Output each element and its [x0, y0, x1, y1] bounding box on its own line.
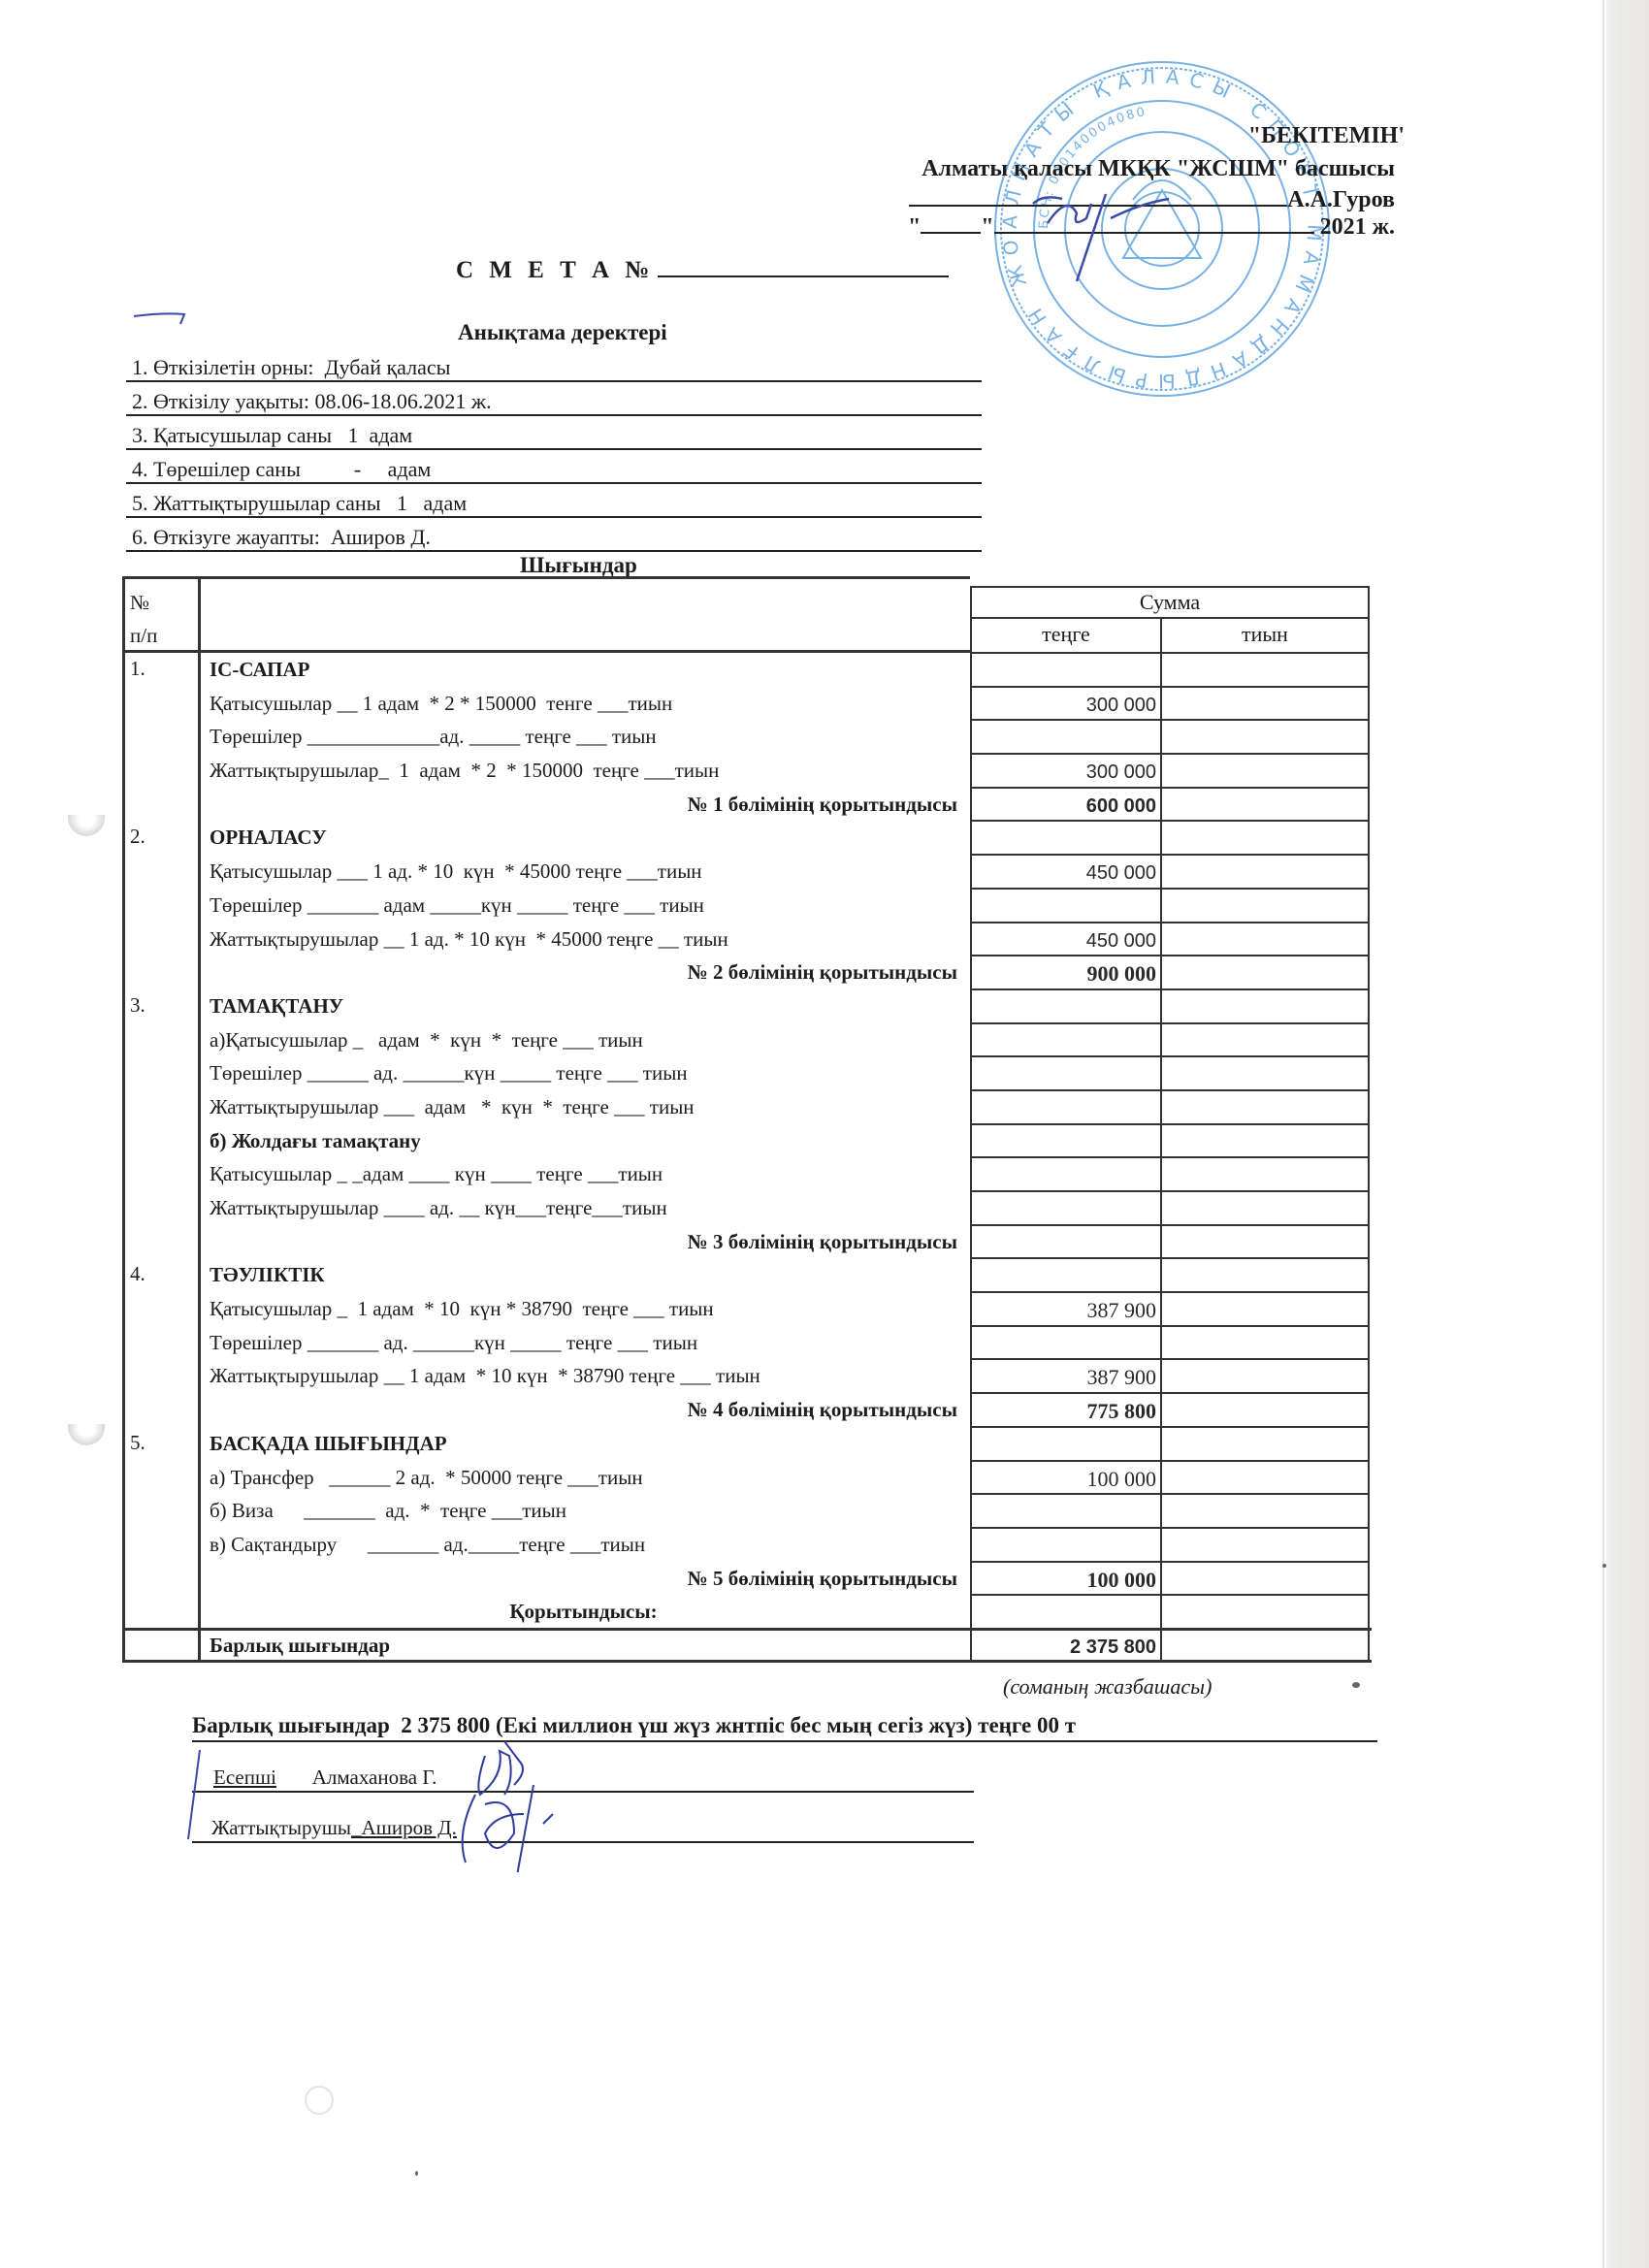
tiyn-amount	[1160, 1055, 1370, 1089]
ink-speck	[415, 2171, 418, 2176]
section-subtotal-label: № 1 бөлімінің қорытындысы	[198, 787, 969, 821]
tenge-amount	[970, 1224, 1160, 1258]
pen-stroke-icon	[184, 1746, 204, 1843]
table-row: № 3 бөлімінің қорытындысы	[122, 1224, 1374, 1258]
punch-hole	[68, 1424, 105, 1445]
expenses-table: № п/п Сумма теңге тиын 1.ІС-САПАРҚатысуш…	[122, 586, 1374, 1662]
tenge-amount	[970, 1123, 1160, 1157]
tenge-amount: 450 000	[970, 854, 1160, 888]
row-description: Қорытындысы:	[198, 1594, 969, 1628]
tiyn-amount	[1160, 787, 1370, 821]
row-number	[122, 1358, 198, 1392]
table-row: 2.ОРНАЛАСУ	[122, 820, 1374, 854]
row-number: 5.	[122, 1426, 198, 1460]
row-description: Жаттықтырушылар_ 1 адам * 2 * 150000 тең…	[198, 753, 969, 787]
row-number	[122, 1123, 198, 1157]
tenge-amount: 450 000	[970, 922, 1160, 956]
grand-total-tenge: 2 375 800	[970, 1628, 1160, 1662]
table-row: а) Трансфер ______ 2 ад. * 50000 теңге _…	[122, 1460, 1374, 1494]
tenge-amount	[970, 820, 1160, 854]
tiyn-amount	[1160, 1426, 1370, 1460]
tiyn-amount	[1160, 1190, 1370, 1224]
tenge-amount	[970, 1527, 1160, 1561]
quote-close: "	[981, 214, 993, 240]
tiyn-amount	[1160, 1561, 1370, 1595]
row-number	[122, 787, 198, 821]
row-description: ТӘУЛІКТІК	[198, 1257, 969, 1291]
section-subtotal-label: № 2 бөлімінің қорытындысы	[198, 955, 969, 988]
quote-open: "	[908, 214, 921, 240]
tiyn-amount	[1160, 719, 1370, 753]
grand-total-row: Барлық шығындар 2 375 800	[122, 1628, 1374, 1662]
tenge-amount	[970, 1426, 1160, 1460]
table-row: 1.ІС-САПАР	[122, 652, 1374, 686]
row-number	[122, 719, 198, 753]
row-number	[122, 854, 198, 888]
day-blank	[921, 211, 981, 234]
tenge-amount	[970, 1190, 1160, 1224]
reference-list: 1. Өткізілетін орны: Дубай қаласы 2. Өтк…	[126, 351, 982, 555]
tenge-amount: 100 000	[970, 1460, 1160, 1494]
tenge-amount: 600 000	[970, 787, 1160, 821]
row-number	[122, 1392, 198, 1426]
tiyn-amount	[1160, 1291, 1370, 1325]
tiyn-amount	[1160, 1257, 1370, 1291]
table-border-left	[122, 576, 125, 1662]
pen-mark-icon	[132, 308, 200, 328]
reference-item: 4. Төрешілер саны - адам	[126, 453, 982, 484]
signature-name: Алмаханова Г.	[312, 1766, 437, 1789]
header-num-line1: №	[130, 586, 198, 619]
table-row: 4.ТӘУЛІКТІК	[122, 1257, 1374, 1291]
table-row: б) Жолдағы тамақтану	[122, 1123, 1374, 1157]
tenge-amount: 300 000	[970, 753, 1160, 787]
table-row: б) Виза _______ ад. * теңге ___тиын	[122, 1493, 1374, 1527]
row-number	[122, 686, 198, 720]
tiyn-amount	[1160, 854, 1370, 888]
tenge-amount	[970, 1257, 1160, 1291]
tenge-amount: 775 800	[970, 1392, 1160, 1426]
reference-item: 2. Өткізілу уақыты: 08.06-18.06.2021 ж.	[126, 385, 982, 416]
table-row: Қатысушылар _ _адам ____ күн ____ теңге …	[122, 1156, 1374, 1190]
row-description: Төрешілер ______ ад. ______күн _____ тең…	[198, 1055, 969, 1089]
row-number	[122, 1156, 198, 1190]
tiyn-amount	[1160, 955, 1370, 988]
table-row: в) Сақтандыру _______ ад._____теңге ___т…	[122, 1527, 1374, 1561]
row-number	[122, 1190, 198, 1224]
reference-item: 1. Өткізілетін орны: Дубай қаласы	[126, 351, 982, 382]
table-row: № 1 бөлімінің қорытындысы600 000	[122, 787, 1374, 821]
header-num: № п/п	[122, 586, 198, 652]
tiyn-amount	[1160, 1594, 1370, 1628]
row-description: Жаттықтырушылар ____ ад. __ күн___теңге_…	[198, 1190, 969, 1224]
row-description: ОРНАЛАСУ	[198, 820, 969, 854]
tiyn-amount	[1160, 1224, 1370, 1258]
table-row: Жаттықтырушылар ____ ад. __ күн___теңге_…	[122, 1190, 1374, 1224]
table-border-grand	[122, 1628, 1372, 1631]
ink-speck	[1602, 1564, 1606, 1568]
row-number: 3.	[122, 988, 198, 1022]
row-number	[122, 888, 198, 922]
table-row: Жаттықтырушылар __ 1 адам * 10 күн * 387…	[122, 1358, 1374, 1392]
row-description: Қатысушылар __ 1 адам * 2 * 150000 тенге…	[198, 686, 969, 720]
number-blank	[658, 250, 949, 277]
row-description: ІС-САПАР	[198, 652, 969, 686]
tiyn-amount	[1160, 888, 1370, 922]
ink-speck	[1352, 1682, 1360, 1688]
table-row: Төрешілер ______ ад. ______күн _____ тең…	[122, 1055, 1374, 1089]
tiyn-amount	[1160, 922, 1370, 956]
row-number: 2.	[122, 820, 198, 854]
header-num-line2: п/п	[130, 619, 198, 652]
row-number	[122, 1325, 198, 1359]
tenge-amount	[970, 1055, 1160, 1089]
reference-item: 6. Өткізуге жауапты: Аширов Д.	[126, 521, 982, 552]
tenge-amount	[970, 1156, 1160, 1190]
title-text: С М Е Т А №	[456, 257, 654, 283]
row-number	[122, 1594, 198, 1628]
approver-name: А.А.Гуров	[1287, 187, 1395, 212]
row-number	[122, 922, 198, 956]
row-description: а) Трансфер ______ 2 ад. * 50000 теңге _…	[198, 1460, 969, 1494]
row-number	[122, 1055, 198, 1089]
tenge-amount	[970, 888, 1160, 922]
row-number: 1.	[122, 652, 198, 686]
tenge-amount	[970, 1022, 1160, 1056]
approval-year: 2021 ж.	[1320, 214, 1395, 240]
tenge-amount: 387 900	[970, 1358, 1160, 1392]
expenses-heading: Шығындар	[520, 553, 637, 578]
tenge-amount	[970, 652, 1160, 686]
table-row: № 4 бөлімінің қорытындысы775 800	[122, 1392, 1374, 1426]
tenge-amount	[970, 1594, 1160, 1628]
tiyn-amount	[1160, 686, 1370, 720]
table-row: Қатысушылар ___ 1 ад. * 10 күн * 45000 т…	[122, 854, 1374, 888]
tiyn-amount	[1160, 1392, 1370, 1426]
tiyn-amount	[1160, 1325, 1370, 1359]
accountant-signature-icon	[446, 1727, 592, 1872]
tiyn-amount	[1160, 1156, 1370, 1190]
tenge-amount: 900 000	[970, 955, 1160, 988]
row-description: Төрешілер _______ адам _____күн _____ те…	[198, 888, 969, 922]
row-number	[122, 955, 198, 988]
tiyn-amount	[1160, 753, 1370, 787]
scan-edge-strip	[1606, 0, 1649, 2268]
tiyn-amount	[1160, 1089, 1370, 1123]
tenge-amount: 300 000	[970, 686, 1160, 720]
row-description: Қатысушылар ___ 1 ад. * 10 күн * 45000 т…	[198, 854, 969, 888]
row-number	[122, 753, 198, 787]
signature-name-text: Аширов Д.	[362, 1816, 457, 1839]
tenge-amount	[970, 1325, 1160, 1359]
scan-artifact	[305, 2086, 334, 2115]
table-row: Жаттықтырушылар __ 1 ад. * 10 күн * 4500…	[122, 922, 1374, 956]
row-number	[122, 1291, 198, 1325]
table-row: Қатысушылар _ 1 адам * 10 күн * 38790 те…	[122, 1291, 1374, 1325]
reference-item: 5. Жаттықтырушылар саны 1 адам	[126, 487, 982, 518]
row-description: Жаттықтырушылар ___ адам * күн * теңге _…	[198, 1089, 969, 1123]
signature-name: _Аширов Д.	[351, 1816, 457, 1839]
header-tiyn: тиын	[1160, 617, 1370, 652]
row-description: Қатысушылар _ _адам ____ күн ____ теңге …	[198, 1156, 969, 1190]
signature-role: Есепші	[213, 1766, 276, 1789]
table-border-bottom	[122, 1660, 1372, 1663]
tenge-amount	[970, 988, 1160, 1022]
row-number	[122, 1493, 198, 1527]
tiyn-amount	[1160, 1022, 1370, 1056]
row-number	[122, 1089, 198, 1123]
table-border-header	[122, 650, 970, 653]
row-description: Жаттықтырушылар __ 1 адам * 10 күн * 387…	[198, 1358, 969, 1392]
tenge-amount: 100 000	[970, 1561, 1160, 1595]
tenge-amount	[970, 1493, 1160, 1527]
tiyn-amount	[1160, 1460, 1370, 1494]
tiyn-amount	[1160, 1358, 1370, 1392]
tenge-amount: 387 900	[970, 1291, 1160, 1325]
tiyn-amount	[1160, 1123, 1370, 1157]
tenge-amount	[970, 1089, 1160, 1123]
total-in-words: Барлық шығындар 2 375 800 (Екі миллион ү…	[192, 1711, 1377, 1742]
table-row: 5.БАСҚАДА ШЫҒЫНДАР	[122, 1426, 1374, 1460]
table-row: Қорытындысы:	[122, 1594, 1374, 1628]
row-number	[122, 1561, 198, 1595]
header-sum: Сумма	[970, 586, 1370, 619]
table-row: Төрешілер _____________ад. _____ теңге _…	[122, 719, 1374, 753]
row-description: Төрешілер _______ ад. ______күн _____ те…	[198, 1325, 969, 1359]
table-row: № 5 бөлімінің қорытындысы100 000	[122, 1561, 1374, 1595]
row-description: Қатысушылар _ 1 адам * 10 күн * 38790 те…	[198, 1291, 969, 1325]
table-border-num	[198, 576, 201, 1662]
section-subtotal-label: № 5 бөлімінің қорытындысы	[198, 1561, 969, 1595]
header-tenge: теңге	[970, 617, 1160, 652]
table-row: Жаттықтырушылар ___ адам * күн * теңге _…	[122, 1089, 1374, 1123]
document-title: С М Е Т А №	[456, 250, 949, 284]
director-signature-icon	[1009, 175, 1183, 281]
section-subtotal-label: № 3 бөлімінің қорытындысы	[198, 1224, 969, 1258]
tiyn-amount	[1160, 988, 1370, 1022]
row-description: ТАМАҚТАНУ	[198, 988, 969, 1022]
table-row: № 2 бөлімінің қорытындысы900 000	[122, 955, 1374, 988]
tiyn-amount	[1160, 1493, 1370, 1527]
row-description: б) Жолдағы тамақтану	[198, 1123, 969, 1157]
row-number	[122, 1460, 198, 1494]
section-subtotal-label: № 4 бөлімінің қорытындысы	[198, 1392, 969, 1426]
row-description: а)Қатысушылар _ адам * күн * теңге ___ т…	[198, 1022, 969, 1056]
reference-item: 3. Қатысушылар саны 1 адам	[126, 419, 982, 450]
table-row: Төрешілер _______ адам _____күн _____ те…	[122, 888, 1374, 922]
signature-role: Жаттықтырушы	[211, 1816, 351, 1839]
row-description: Жаттықтырушылар __ 1 ад. * 10 күн * 4500…	[198, 922, 969, 956]
row-number: 4.	[122, 1257, 198, 1291]
table-row: Төрешілер _______ ад. ______күн _____ те…	[122, 1325, 1374, 1359]
tiyn-amount	[1160, 1527, 1370, 1561]
grand-total-tiyn	[1160, 1628, 1370, 1662]
tenge-amount	[970, 719, 1160, 753]
row-number	[122, 1022, 198, 1056]
row-number	[122, 1527, 198, 1561]
row-description: БАСҚАДА ШЫҒЫНДАР	[198, 1426, 969, 1460]
scan-edge-line	[1602, 0, 1604, 2268]
tiyn-amount	[1160, 652, 1370, 686]
grand-total-label: Барлық шығындар	[198, 1628, 969, 1662]
approval-heading: "БЕКІТЕМІН'	[1248, 122, 1405, 149]
row-description: б) Виза _______ ад. * теңге ___тиын	[198, 1493, 969, 1527]
punch-hole	[68, 815, 105, 836]
table-row: Жаттықтырушылар_ 1 адам * 2 * 150000 тең…	[122, 753, 1374, 787]
row-number	[122, 1224, 198, 1258]
table-row: 3.ТАМАҚТАНУ	[122, 988, 1374, 1022]
table-row: а)Қатысушылар _ адам * күн * теңге ___ т…	[122, 1022, 1374, 1056]
tiyn-amount	[1160, 820, 1370, 854]
table-row: Қатысушылар __ 1 адам * 2 * 150000 тенге…	[122, 686, 1374, 720]
reference-heading: Анықтама деректері	[458, 320, 667, 345]
table-border-top	[122, 576, 970, 579]
grand-total-num	[122, 1628, 198, 1662]
row-description: Төрешілер _____________ад. _____ теңге _…	[198, 719, 969, 753]
table-header: № п/п Сумма теңге тиын	[122, 586, 1374, 652]
amount-in-words-note: (соманың жазбашасы)	[1003, 1674, 1212, 1700]
row-description: в) Сақтандыру _______ ад._____теңге ___т…	[198, 1527, 969, 1561]
